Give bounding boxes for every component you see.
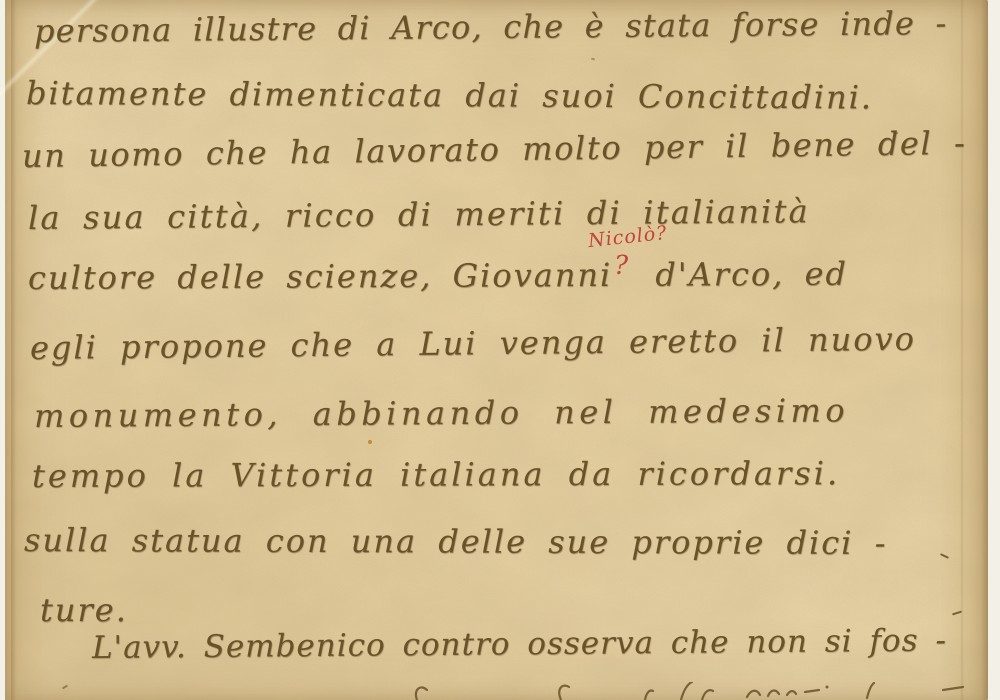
manuscript-line-10: ture. [40, 591, 128, 629]
red-question-mark: ? [614, 251, 630, 281]
manuscript-line-1: persona illustre di Arco, che è stata fo… [34, 4, 948, 50]
manuscript-line-3: un uomo che ha lavorato molto per il ben… [22, 124, 967, 175]
manuscript-line-6: egli propone che a Lui venga eretto il n… [30, 320, 916, 367]
handwritten-text-block: persona illustre di Arco, che è stata fo… [5, 0, 988, 700]
scanned-letter-page: persona illustre di Arco, che è stata fo… [0, 0, 1000, 700]
manuscript-line-9: sulla statua con una delle sue proprie d… [24, 521, 888, 562]
line-5-text-after-mark: d'Arco, ed [635, 255, 848, 294]
manuscript-line-4: la sua città, ricco di meriti di italian… [28, 192, 810, 237]
manuscript-line-5: cultore delle scienze, Giovanni? d'Arco,… [28, 255, 848, 297]
manuscript-line-11: L'avv. Sembenico contro osserva che non … [92, 623, 947, 666]
manuscript-line-7: monumento, abbinando nel medesimo [34, 391, 849, 435]
paper-sheet: persona illustre di Arco, che è stata fo… [5, 0, 988, 700]
manuscript-line-2: bitamente dimenticata dai suoi Concittad… [26, 74, 873, 116]
manuscript-line-8: tempo la Vittoria italiana da ricordarsi… [32, 454, 840, 495]
line-5-text-before-mark: cultore delle scienze, Giovanni [28, 256, 612, 297]
cutoff-line-strokes [5, 682, 988, 700]
